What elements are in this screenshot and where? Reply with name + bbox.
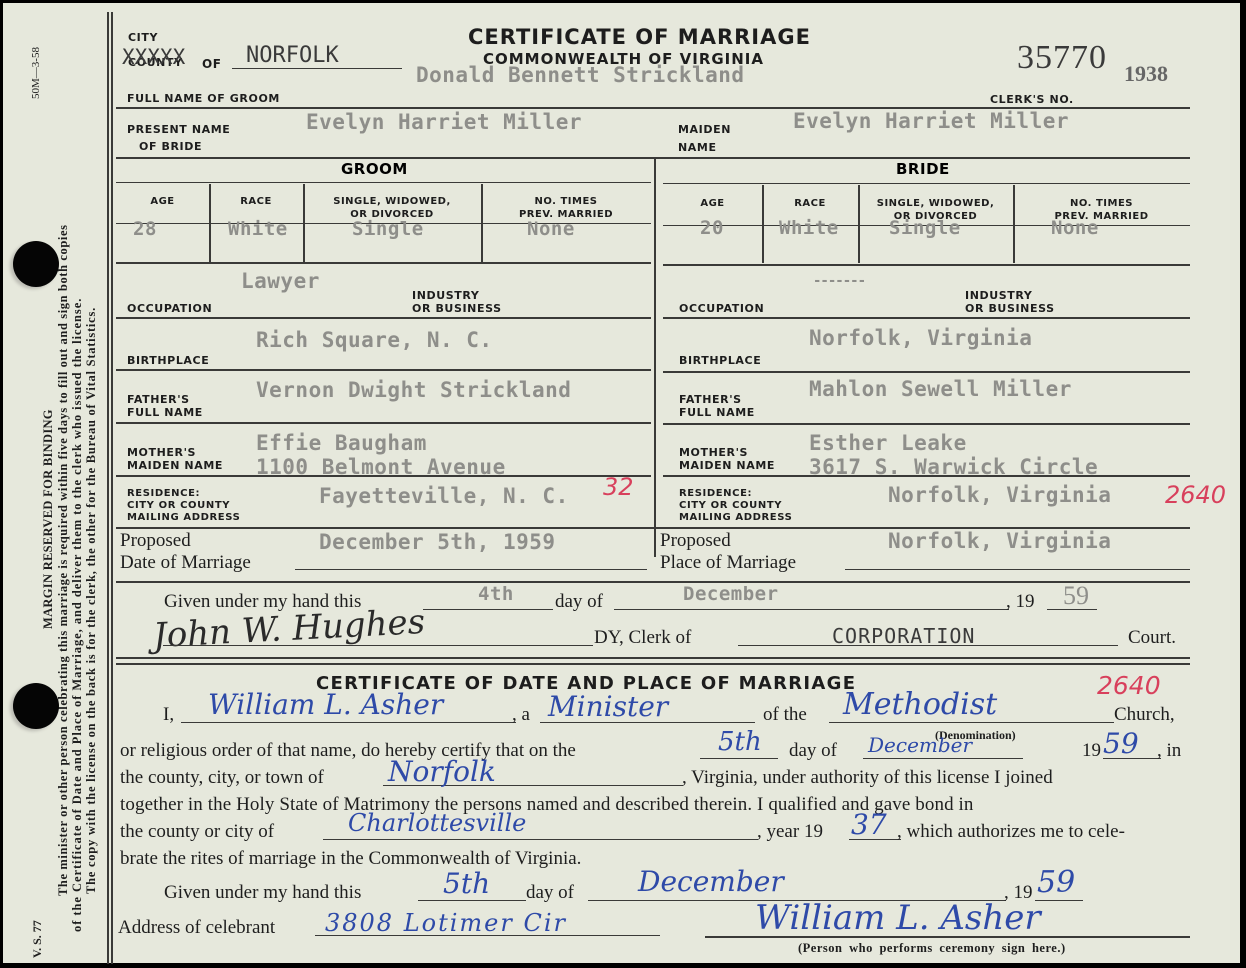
divider	[116, 422, 651, 424]
center-divider	[654, 157, 656, 557]
bride-times-label: NO. TIMES	[1013, 198, 1190, 210]
divider	[663, 475, 1190, 477]
in-label: , in	[1157, 740, 1181, 762]
groom-industry-label: INDUSTRY	[412, 289, 479, 302]
city-label: CITY	[128, 31, 158, 44]
marriage-year: 59	[1103, 727, 1139, 760]
dy-clerk-label: DY, Clerk of	[594, 627, 691, 649]
divider	[116, 182, 651, 183]
groom-marital-status: Single	[352, 218, 424, 240]
groom-red-annotation: 32	[603, 473, 634, 501]
city-underline	[232, 68, 402, 69]
bride-birthplace: Norfolk, Virginia	[809, 326, 1032, 350]
day-underline	[700, 758, 778, 759]
divider	[116, 657, 1190, 659]
bride-industry-label: INDUSTRY	[965, 289, 1032, 302]
bride-status-label: SINGLE, WIDOWED,	[858, 198, 1013, 210]
bond-city-text: the county or city of	[120, 821, 274, 843]
bride-industry-label: OR BUSINESS	[965, 302, 1055, 315]
groom-industry-label: OR BUSINESS	[412, 302, 502, 315]
groom-father-label: FATHER'S	[127, 393, 190, 406]
denomination-underline	[829, 722, 1114, 723]
margin-instruction-3: The copy with the license on the back is…	[84, 307, 99, 894]
church-label: Church,	[1114, 704, 1175, 726]
signature-caption: (Person who performs ceremony sign here.…	[798, 941, 1066, 956]
city-value: NORFOLK	[246, 43, 339, 68]
of-the-label: of the	[763, 704, 807, 726]
proposed-marriage-place: Norfolk, Virginia	[888, 529, 1111, 553]
groom-name-label: FULL NAME OF GROOM	[127, 92, 280, 105]
authorize-text: , which authorizes me to cele-	[897, 821, 1125, 843]
license-day-of-label: day of	[555, 591, 603, 613]
i-label: I,	[163, 704, 174, 726]
date-underline	[295, 569, 647, 570]
signature-underline	[163, 645, 593, 646]
bride-times-label: PREV. MARRIED	[1013, 211, 1190, 223]
day-of-label: day of	[789, 740, 837, 762]
given-year-underline	[1035, 900, 1083, 901]
groom-race: White	[228, 218, 288, 240]
bride-maiden-name: Evelyn Harriet Miller	[793, 109, 1069, 133]
binding-line	[107, 12, 109, 964]
denomination: Methodist	[843, 687, 997, 722]
given-day: 5th	[443, 867, 490, 900]
celebrant-given-label: Given under my hand this	[164, 882, 361, 904]
bride-residence: Norfolk, Virginia	[888, 483, 1111, 507]
bride-heading: BRIDE	[896, 160, 950, 178]
bride-father-label: FATHER'S	[679, 393, 742, 406]
marriage-day: 5th	[718, 727, 762, 757]
bride-present-name-label: OF BRIDE	[139, 140, 202, 153]
celebrant-address-label: Address of celebrant	[118, 917, 275, 939]
given-day-of-label: day of	[526, 882, 574, 904]
form-code: 50M—3-58	[30, 47, 42, 99]
town-text: the county, city, or town of	[120, 767, 324, 789]
marriage-certificate: 50M—3-58 V. S. 77 MARGIN RESERVED FOR BI…	[3, 3, 1240, 963]
divider	[116, 369, 651, 371]
bride-father-name: Mahlon Sewell Miller	[809, 377, 1072, 401]
groom-status-label: SINGLE, WIDOWED,	[303, 196, 481, 208]
groom-residence: Fayetteville, N. C.	[319, 484, 569, 508]
given-day-underline	[418, 900, 526, 901]
divider	[663, 183, 1190, 184]
county-strikeout: XXXXX	[122, 45, 185, 69]
proposed-date-label: Date of Marriage	[120, 552, 251, 574]
a-label: , a	[512, 704, 530, 726]
groom-full-name: Donald Bennett Strickland	[416, 63, 745, 87]
divider	[663, 371, 1190, 373]
maiden-name-label: NAME	[678, 141, 717, 154]
year-prefix: 19	[1082, 740, 1101, 762]
form-id: V. S. 77	[30, 920, 45, 958]
clerks-no-label: CLERK'S NO.	[990, 93, 1074, 106]
binding-hole-bottom	[13, 683, 59, 729]
col-divider	[1013, 185, 1015, 263]
divider	[663, 264, 1190, 266]
divider	[116, 157, 1190, 159]
bride-race: White	[779, 217, 839, 239]
bride-occupation: -------	[813, 273, 865, 289]
groom-father-name: Vernon Dwight Strickland	[256, 378, 571, 402]
bride-present-name: Evelyn Harriet Miller	[306, 110, 582, 134]
certificate-red-annotation: 2640	[1097, 671, 1161, 700]
groom-times-married: None	[527, 218, 575, 240]
groom-birthplace-label: BIRTHPLACE	[127, 354, 209, 367]
bride-mother-name: Esther Leake	[809, 431, 967, 455]
divider	[116, 475, 651, 477]
certificate-title: CERTIFICATE OF MARRIAGE	[468, 25, 811, 49]
divider	[116, 262, 651, 264]
celebrant-name: William L. Asher	[208, 688, 443, 721]
bride-residence-label: MAILING ADDRESS	[679, 511, 792, 524]
groom-occupation: Lawyer	[241, 269, 320, 293]
divider	[116, 317, 651, 319]
groom-age-label: AGE	[116, 196, 209, 208]
license-month: December	[683, 583, 779, 605]
celebrant-title: Minister	[548, 690, 668, 723]
groom-mother-label: MOTHER'S	[127, 446, 196, 459]
day-underline	[423, 609, 553, 610]
groom-occupation-label: OCCUPATION	[127, 302, 212, 315]
month-underline	[614, 609, 1009, 610]
margin-instruction-1: The minister or other person celebrating…	[56, 224, 71, 896]
groom-race-label: RACE	[209, 196, 303, 208]
celebrant-signature: William L. Asher	[755, 898, 1041, 938]
license-year-label: , 19	[1006, 591, 1035, 613]
maiden-name-label: MAIDEN	[678, 123, 731, 136]
rites-text: brate the rites of marriage in the Commo…	[120, 848, 581, 870]
bond-year-label: , year 19	[757, 821, 823, 843]
bride-times-married: None	[1051, 217, 1099, 239]
groom-birthplace: Rich Square, N. C.	[256, 328, 493, 352]
binding-hole-top	[13, 241, 59, 287]
of-label: OF	[202, 58, 222, 71]
proposed-place-label: Place of Marriage	[660, 552, 796, 574]
bond-city: Charlottesville	[348, 809, 526, 837]
bride-red-annotation: 2640	[1165, 481, 1226, 509]
divider	[663, 317, 1190, 319]
bride-occupation-label: OCCUPATION	[679, 302, 764, 315]
clerk-number-suffix: 1938	[1124, 61, 1168, 87]
col-divider	[762, 185, 764, 263]
bride-mother-label: MOTHER'S	[679, 446, 748, 459]
bride-present-name-label: PRESENT NAME	[127, 123, 230, 136]
court-name: CORPORATION	[832, 624, 975, 648]
certify-text: or religious order of that name, do here…	[120, 740, 576, 762]
bride-age: 20	[700, 217, 724, 239]
bond-city-underline	[323, 839, 758, 840]
clerk-number: 35770	[1017, 39, 1107, 77]
bride-mother-label: MAIDEN NAME	[679, 459, 775, 472]
court-label: Court.	[1128, 627, 1176, 649]
divider	[116, 663, 1190, 665]
marriage-month: December	[868, 733, 972, 757]
bride-marital-status: Single	[889, 217, 961, 239]
month-underline	[863, 758, 1023, 759]
groom-father-label: FULL NAME	[127, 406, 203, 419]
groom-residence-label: MAILING ADDRESS	[127, 511, 240, 524]
bride-race-label: RACE	[762, 198, 858, 210]
given-month: December	[638, 865, 784, 898]
license-day: 4th	[478, 583, 514, 605]
proposed-place-label: Proposed	[660, 530, 731, 552]
bride-father-label: FULL NAME	[679, 406, 755, 419]
groom-heading: GROOM	[341, 160, 408, 178]
celebrant-address: 3808 Lotimer Cir	[325, 909, 567, 937]
celebrant-underline	[181, 722, 516, 723]
license-year: 59	[1063, 581, 1089, 611]
margin-reserved-label: MARGIN RESERVED FOR BINDING	[41, 409, 56, 629]
groom-age: 28	[133, 218, 157, 240]
place-underline	[845, 569, 1190, 570]
proposed-date-label: Proposed	[120, 530, 191, 552]
bride-birthplace-label: BIRTHPLACE	[679, 354, 761, 367]
binding-line	[111, 12, 113, 964]
town-rest-text: , Virginia, under authority of this lice…	[682, 767, 1053, 789]
proposed-marriage-date: December 5th, 1959	[319, 530, 556, 554]
given-year: 59	[1037, 865, 1075, 900]
col-divider	[858, 185, 860, 263]
divider	[116, 581, 1190, 583]
matrimony-text: together in the Holy State of Matrimony …	[120, 794, 974, 816]
groom-mother-label: MAIDEN NAME	[127, 459, 223, 472]
bride-age-label: AGE	[663, 198, 762, 210]
margin-instruction-2: of the Certificate of Date and Place of …	[70, 298, 85, 932]
groom-mother-name: Effie Baugham	[256, 431, 427, 455]
divider	[663, 423, 1190, 425]
bond-year: 37	[851, 808, 887, 841]
marriage-town: Norfolk	[388, 755, 496, 788]
groom-times-label: NO. TIMES	[481, 196, 651, 208]
